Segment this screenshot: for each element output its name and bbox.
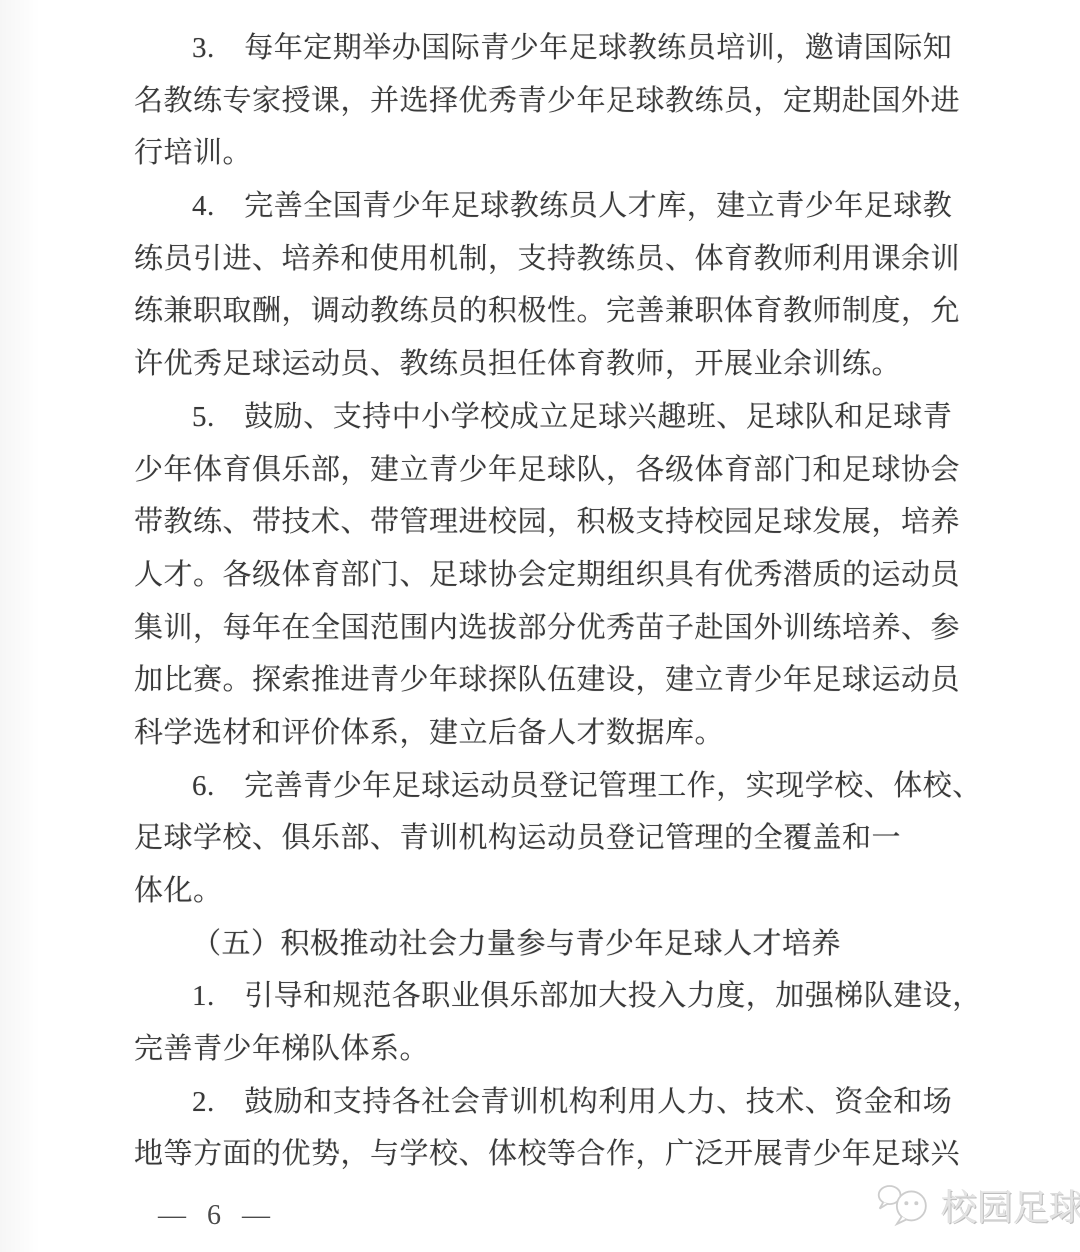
body-text-line: 4. 完善全国青少年足球教练员人才库，建立青少年足球教 <box>134 180 994 233</box>
body-text-line: 集训，每年在全国范围内选拔部分优秀苗子赴国外训练培养、参 <box>134 602 994 655</box>
wechat-icon <box>876 1180 934 1235</box>
body-text-line: 行培训。 <box>134 127 994 180</box>
body-text-line: 人才。各级体育部门、足球协会定期组织具有优秀潜质的运动员 <box>134 549 994 602</box>
body-text-line: 体化。 <box>134 865 994 918</box>
body-text-line: 完善青少年梯队体系。 <box>134 1023 994 1076</box>
scan-edge-shading <box>0 0 40 1252</box>
document-page: 3. 每年定期举办国际青少年足球教练员培训，邀请国际知名教练专家授课，并选择优秀… <box>0 0 1080 1252</box>
body-text-line: 6. 完善青少年足球运动员登记管理工作，实现学校、体校、 <box>134 760 994 813</box>
body-text-line: 练兼职取酬，调动教练员的积极性。完善兼职体育教师制度，允 <box>134 285 994 338</box>
body-text-line: 少年体育俱乐部，建立青少年足球队，各级体育部门和足球协会 <box>134 444 994 497</box>
body-text-line: 加比赛。探索推进青少年球探队伍建设，建立青少年足球运动员 <box>134 654 994 707</box>
body-text-line: 许优秀足球运动员、教练员担任体育教师，开展业余训练。 <box>134 338 994 391</box>
body-text-line: 地等方面的优势，与学校、体校等合作，广泛开展青少年足球兴 <box>134 1128 994 1181</box>
body-text-line: 科学选材和评价体系，建立后备人才数据库。 <box>134 707 994 760</box>
page-number: — 6 — <box>158 1196 270 1236</box>
body-text-line: 练员引进、培养和使用机制，支持教练员、体育教师利用课余训 <box>134 233 994 286</box>
watermark: 校园足球 <box>876 1180 1080 1235</box>
document-body: 3. 每年定期举办国际青少年足球教练员培训，邀请国际知名教练专家授课，并选择优秀… <box>134 22 994 1181</box>
body-text-line: 带教练、带技术、带管理进校园，积极支持校园足球发展，培养 <box>134 496 994 549</box>
body-text-line: 名教练专家授课，并选择优秀青少年足球教练员，定期赴国外进 <box>134 75 994 128</box>
watermark-label: 校园足球 <box>941 1184 1080 1232</box>
body-text-line: 1. 引导和规范各职业俱乐部加大投入力度，加强梯队建设， <box>134 970 994 1023</box>
body-text-line: 3. 每年定期举办国际青少年足球教练员培训，邀请国际知 <box>134 22 994 75</box>
section-heading-line: （五）积极推动社会力量参与青少年足球人才培养 <box>134 918 994 971</box>
body-text-line: 足球学校、俱乐部、青训机构运动员登记管理的全覆盖和一 <box>134 812 994 865</box>
body-text-line: 2. 鼓励和支持各社会青训机构利用人力、技术、资金和场 <box>134 1076 994 1129</box>
body-text-line: 5. 鼓励、支持中小学校成立足球兴趣班、足球队和足球青 <box>134 391 994 444</box>
